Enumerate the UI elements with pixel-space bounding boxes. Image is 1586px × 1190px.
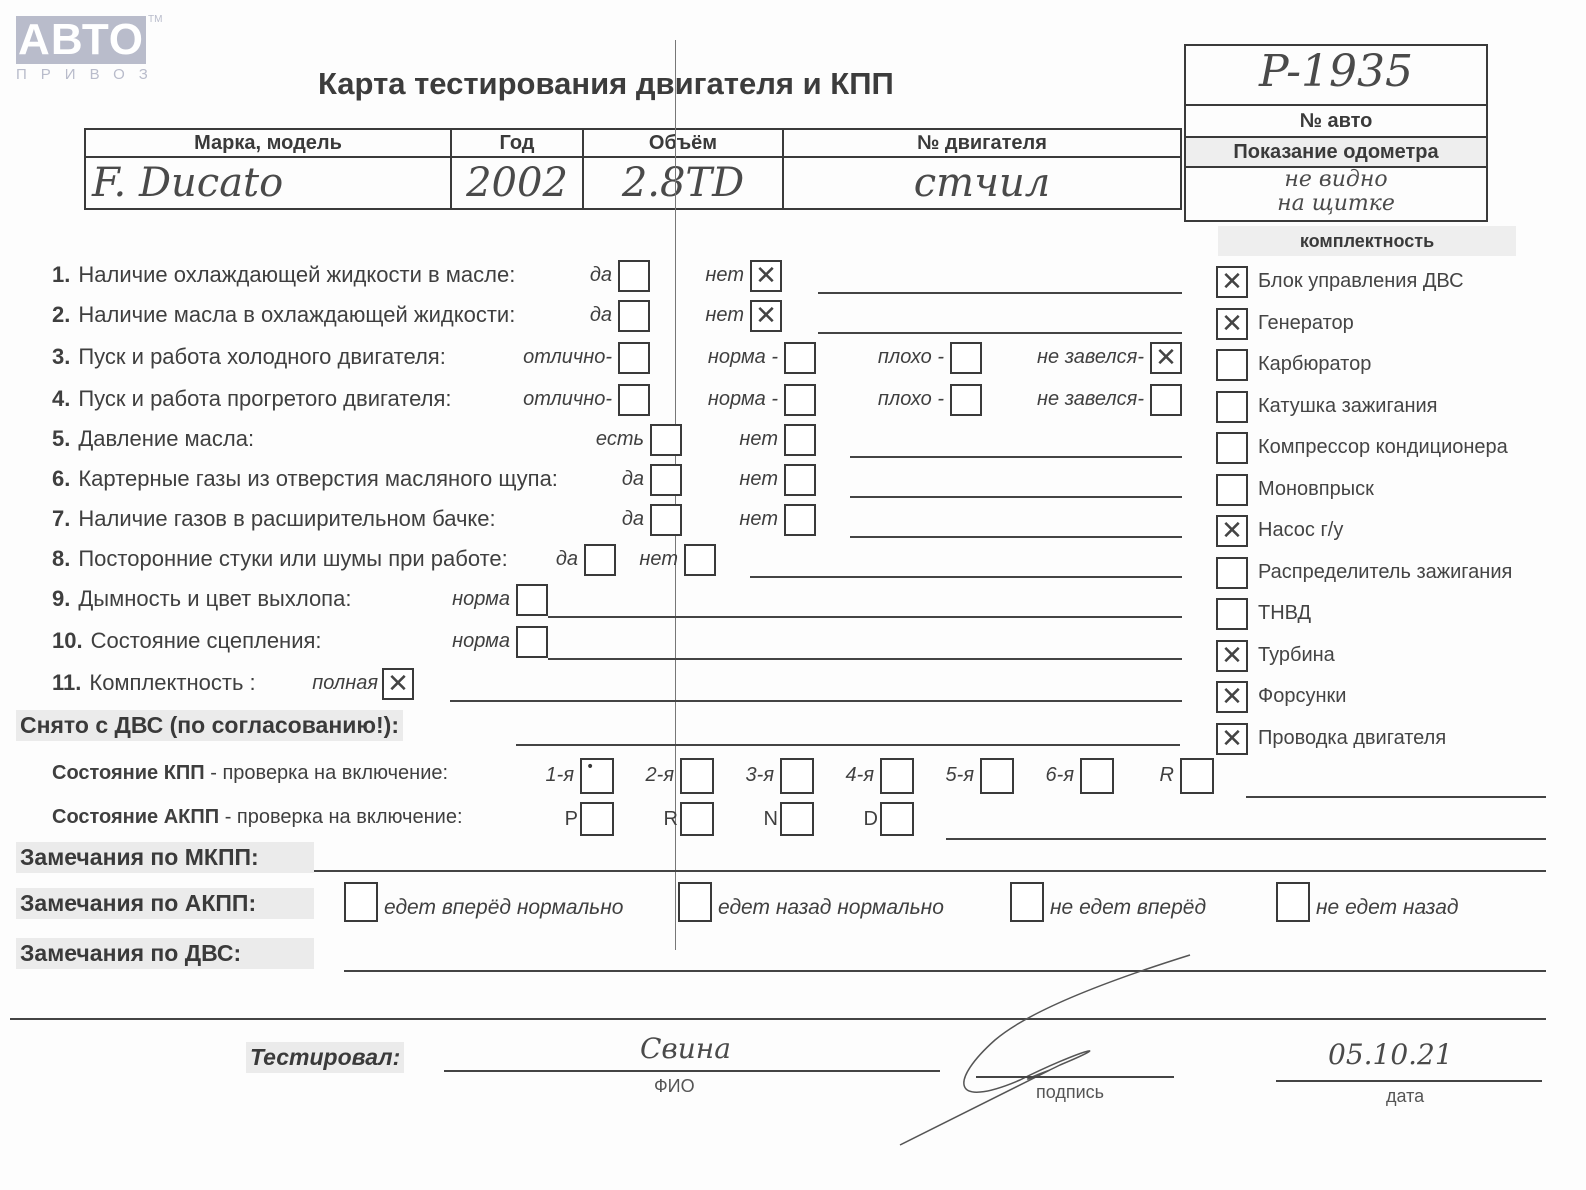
question-number: 9. [52,586,70,611]
akpp-remark-checkbox[interactable] [678,882,712,922]
option-checkbox[interactable] [618,384,650,416]
akpp-remark-checkbox[interactable] [1276,882,1310,922]
option-checkbox[interactable] [784,504,816,536]
option-label: да [622,508,644,531]
akpp-mode-checkbox[interactable] [880,802,914,836]
engine-no-value[interactable]: стчил [783,157,1181,209]
question-number: 4. [52,386,70,411]
option-checkbox[interactable] [382,668,414,700]
fio-caption: ФИО [654,1076,695,1097]
option-label: нет [639,548,678,571]
option-checkbox[interactable] [784,342,816,374]
question-text: Комплектность : [89,670,255,695]
completeness-checkbox[interactable] [1216,391,1248,423]
question-text: Картерные газы из отверстия масляного щу… [78,466,558,491]
completeness-item-label: Проводка двигателя [1258,727,1446,750]
date-value[interactable]: 05.10.21 [1328,1038,1453,1071]
fio-line [444,1070,940,1072]
option-checkbox[interactable] [950,384,982,416]
question-text: Наличие охлаждающей жидкости в масле: [78,262,515,287]
option-checkbox[interactable] [750,260,782,292]
akpp-mode-label: P [565,808,578,831]
option-label: норма [452,588,510,611]
option-checkbox[interactable] [650,424,682,456]
tested-by-label: Тестировал: [246,1042,404,1073]
odometer-value-line2: на щитке [1186,192,1486,216]
odometer-value-line1: не видно [1186,168,1486,192]
remarks-mkpp-label: Замечания по МКПП: [16,842,314,873]
column-header-engine-no: № двигателя [783,129,1181,157]
signature-mark[interactable] [890,950,1210,1150]
question-notes-line[interactable] [850,536,1182,538]
question-text: Давление масла: [78,426,254,451]
removed-from-engine-line[interactable] [516,744,1180,746]
question-notes-line[interactable] [850,456,1182,458]
question-1: 1.Наличие охлаждающей жидкости в масле: [52,262,515,288]
gear-checkbox[interactable] [580,758,614,794]
completeness-checkbox[interactable] [1216,266,1248,298]
column-header-model: Марка, модель [85,129,451,157]
option-checkbox[interactable] [750,300,782,332]
remarks-dvs-label: Замечания по ДВС: [16,938,314,969]
completeness-checkbox[interactable] [1216,640,1248,672]
option-checkbox[interactable] [516,626,548,658]
question-notes-line[interactable] [850,496,1182,498]
akpp-mode-label: N [764,808,778,831]
option-checkbox[interactable] [584,544,616,576]
option-checkbox[interactable] [618,342,650,374]
completeness-item-label: Карбюратор [1258,353,1371,376]
option-checkbox[interactable] [784,464,816,496]
option-label: да [590,264,612,287]
logo-subtitle: ПРИВОЗ [16,66,162,83]
question-number: 10. [52,628,83,653]
question-3: 3.Пуск и работа холодного двигателя: [52,344,446,370]
completeness-checkbox[interactable] [1216,598,1248,630]
question-number: 1. [52,262,70,287]
gear-label: 4-я [846,764,874,787]
option-label: нет [739,428,778,451]
option-label: нет [705,264,744,287]
kpp-notes-line[interactable] [1246,796,1546,798]
question-number: 3. [52,344,70,369]
option-label: норма [452,630,510,653]
akpp-notes-line[interactable] [946,838,1546,840]
question-text: Пуск и работа холодного двигателя: [78,344,445,369]
question-notes-line[interactable] [818,332,1182,334]
question-11: 11.Комплектность : [52,670,256,696]
akpp-mode-label: R [664,808,678,831]
gear-checkbox[interactable] [1080,758,1114,794]
year-value[interactable]: 2002 [451,157,583,209]
remarks-mkpp-line[interactable] [314,870,1546,872]
question-2: 2.Наличие масла в охлаждающей жидкости: [52,302,515,328]
gear-label: 3-я [746,764,774,787]
completeness-item-label: Компрессор кондиционера [1258,436,1508,459]
question-4: 4.Пуск и работа прогретого двигателя: [52,386,451,412]
completeness-checkbox[interactable] [1216,474,1248,506]
completeness-item-label: Форсунки [1258,685,1346,708]
gear-checkbox[interactable] [1180,758,1214,794]
question-text: Посторонние стуки или шумы при работе: [78,546,507,571]
completeness-checkbox[interactable] [1216,308,1248,340]
gear-label: 1-я [546,764,574,787]
completeness-checkbox[interactable] [1216,557,1248,589]
question-10: 10.Состояние сцепления: [52,628,322,654]
completeness-checkbox[interactable] [1216,681,1248,713]
gear-label: 6-я [1046,764,1074,787]
akpp-mode-checkbox[interactable] [780,802,814,836]
gear-label: 2-я [646,764,674,787]
question-number: 7. [52,506,70,531]
option-label: да [622,468,644,491]
akpp-mode-checkbox[interactable] [580,802,614,836]
auto-number-label: № авто [1186,106,1486,138]
option-label: нет [739,508,778,531]
completeness-item-label: Генератор [1258,312,1354,335]
option-label: нет [739,468,778,491]
option-label: нет [705,304,744,327]
completeness-checkbox[interactable] [1216,349,1248,381]
option-label: да [590,304,612,327]
completeness-item-label: Моновпрыск [1258,478,1374,501]
option-checkbox[interactable] [950,342,982,374]
option-checkbox[interactable] [1150,342,1182,374]
option-checkbox[interactable] [618,260,650,292]
option-label: плохо - [878,346,944,369]
option-label: есть [596,428,644,451]
option-label: норма - [708,346,778,369]
option-checkbox[interactable] [516,584,548,616]
gear-checkbox[interactable] [980,758,1014,794]
question-notes-line[interactable] [548,616,1182,618]
completeness-title: комплектность [1218,226,1516,256]
question-notes-line[interactable] [818,292,1182,294]
option-label: отлично- [523,388,612,411]
gear-checkbox[interactable] [780,758,814,794]
completeness-checkbox[interactable] [1216,723,1248,755]
akpp-remark-label: не едет вперёд [1050,896,1206,920]
akpp-remark-checkbox[interactable] [1010,882,1044,922]
column-header-volume: Объём [583,129,783,157]
option-checkbox[interactable] [684,544,716,576]
completeness-item-label: ТНВД [1258,602,1311,625]
option-label: норма - [708,388,778,411]
odometer-label: Показание одометра [1186,138,1486,168]
remarks-akpp-label: Замечания по АКПП: [16,888,314,919]
question-text: Пуск и работа прогретого двигателя: [78,386,451,411]
fio-value[interactable]: Свина [640,1032,731,1065]
option-label: не завелся- [1037,388,1144,411]
akpp-mode-checkbox[interactable] [680,802,714,836]
remarks-dvs-line-2[interactable] [10,1018,1546,1020]
gear-checkbox[interactable] [880,758,914,794]
completeness-item-label: Насос г/у [1258,519,1343,542]
akpp-remark-label: едет назад нормально [718,896,944,920]
question-9: 9.Дымность и цвет выхлопа: [52,586,351,612]
completeness-checkbox[interactable] [1216,515,1248,547]
logo: АВТО [16,16,146,64]
question-text: Наличие масла в охлаждающей жидкости: [78,302,515,327]
option-label: не завелся- [1037,346,1144,369]
question-number: 8. [52,546,70,571]
akpp-mode-label: D [864,808,878,831]
option-checkbox[interactable] [784,424,816,456]
question-number: 11. [52,670,81,695]
question-8: 8.Посторонние стуки или шумы при работе: [52,546,508,572]
question-6: 6.Картерные газы из отверстия масляного … [52,466,558,492]
odometer-value[interactable]: не видно на щитке [1186,168,1486,220]
option-label: плохо - [878,388,944,411]
completeness-item-label: Распределитель зажигания [1258,561,1512,584]
completeness-checkbox[interactable] [1216,432,1248,464]
question-number: 2. [52,302,70,327]
option-checkbox[interactable] [1150,384,1182,416]
logo-trademark: TM [148,14,162,25]
completeness-item-label: Катушка зажигания [1258,395,1438,418]
akpp-remark-label: не едет назад [1316,896,1458,920]
page-title: Карта тестирования двигателя и КПП [318,66,894,102]
vehicle-info-table: Марка, модель Год Объём № двигателя F. D… [84,128,1182,210]
auto-number-value[interactable]: P-1935 [1186,46,1486,106]
question-7: 7.Наличие газов в расширительном бачке: [52,506,496,532]
auto-info-box: P-1935 № авто Показание одометра не видн… [1184,44,1488,222]
question-notes-line[interactable] [450,700,1182,702]
option-checkbox[interactable] [784,384,816,416]
akpp-label: Состояние АКПП - проверка на включение: [52,806,463,829]
question-5: 5.Давление масла: [52,426,254,452]
option-checkbox[interactable] [650,464,682,496]
column-header-year: Год [451,129,583,157]
akpp-remark-checkbox[interactable] [344,882,378,922]
kpp-label: Состояние КПП - проверка на включение: [52,762,448,785]
gear-label: R [1160,764,1174,787]
option-checkbox[interactable] [650,504,682,536]
option-label: полная [312,672,378,695]
question-text: Наличие газов в расширительном бачке: [78,506,495,531]
question-notes-line[interactable] [548,658,1182,660]
date-line [1276,1080,1542,1082]
question-number: 5. [52,426,70,451]
completeness-item-label: Блок управления ДВС [1258,270,1464,293]
question-text: Состояние сцепления: [91,628,322,653]
signature-caption: подпись [1036,1082,1104,1103]
akpp-remark-label: едет вперёд нормально [384,896,623,920]
option-checkbox[interactable] [618,300,650,332]
removed-from-engine-label: Снято с ДВС (по согласованию!): [16,710,403,741]
question-notes-line[interactable] [750,576,1182,578]
date-caption: дата [1386,1086,1424,1107]
completeness-item-label: Турбина [1258,644,1335,667]
model-value[interactable]: F. Ducato [85,157,451,209]
gear-label: 5-я [946,764,974,787]
option-label: да [556,548,578,571]
signature-line [976,1076,1174,1078]
question-text: Дымность и цвет выхлопа: [78,586,351,611]
gear-checkbox[interactable] [680,758,714,794]
option-label: отлично- [523,346,612,369]
volume-value[interactable]: 2.8TD [583,157,783,209]
question-number: 6. [52,466,70,491]
